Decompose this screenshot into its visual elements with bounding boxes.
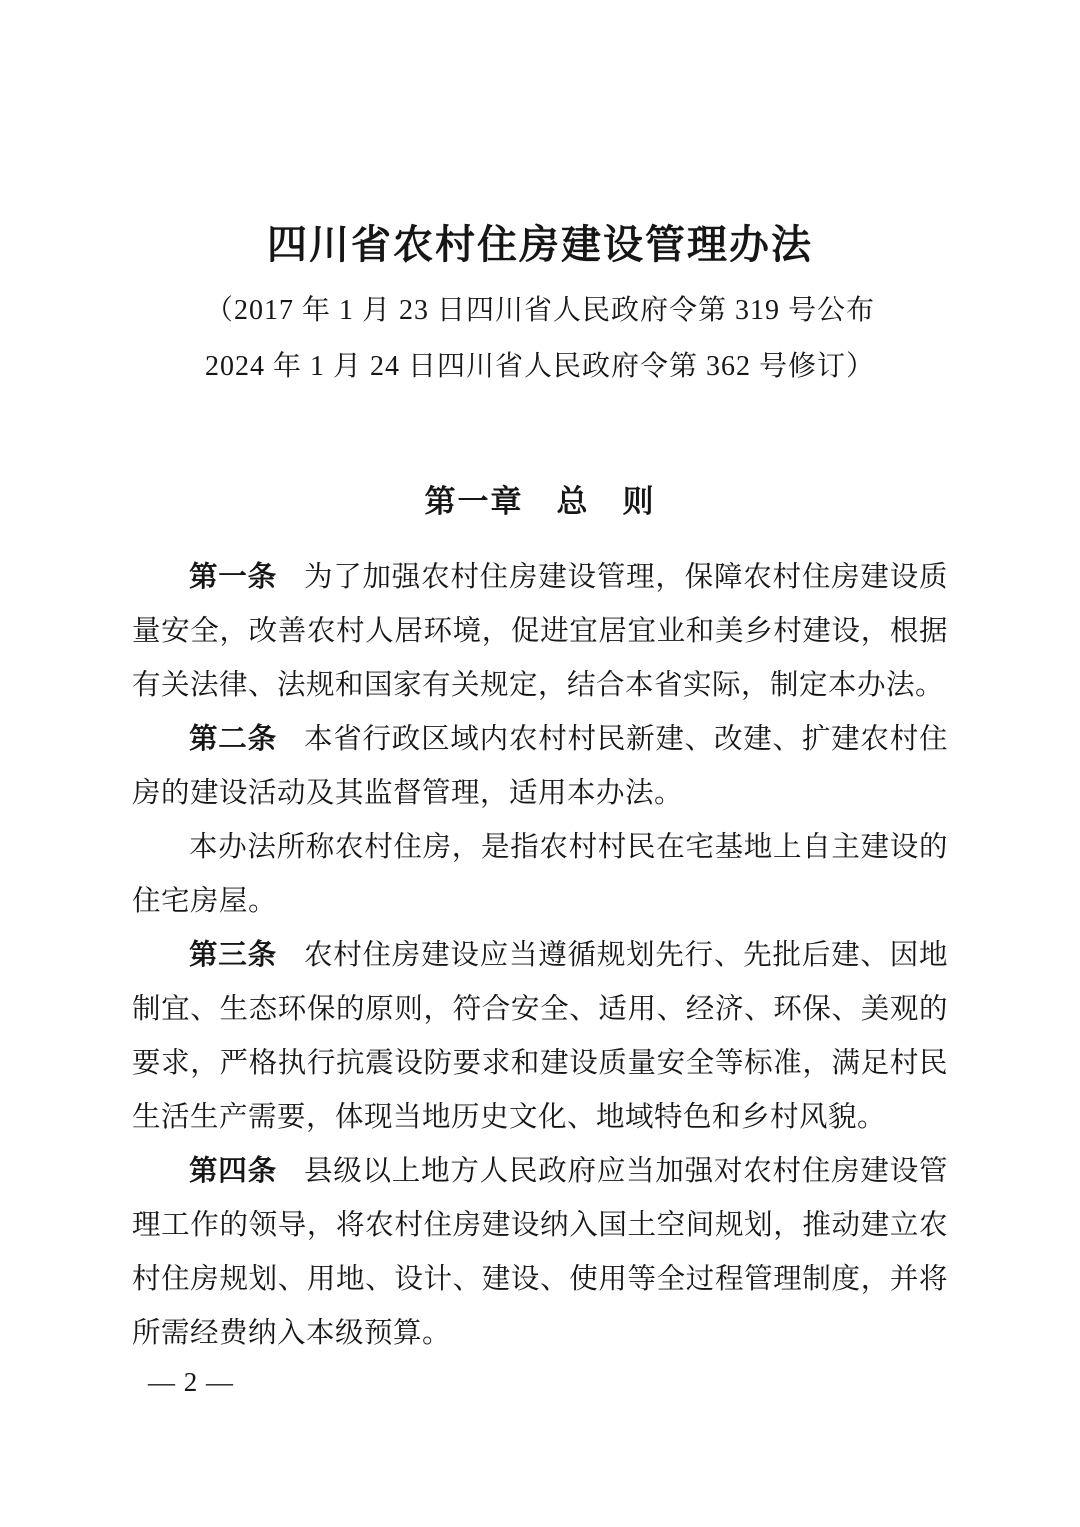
article-2-label: 第二条 [189,724,277,755]
publication-note-line-1: （2017 年 1 月 23 日四川省人民政府令第 319 号公布 [132,288,948,333]
document-body: 第一条为了加强农村住房建设管理，保障农村住房建设质量安全，改善农村人居环境，促进… [132,551,948,1361]
article-2-continuation-paragraph: 本办法所称农村住房，是指农村村民在宅基地上自主建设的住宅房屋。 [132,821,948,929]
document-page: 四川省农村住房建设管理办法 （2017 年 1 月 23 日四川省人民政府令第 … [0,0,1080,1527]
article-1-label: 第一条 [189,562,277,593]
article-4-paragraph: 第四条县级以上地方人民政府应当加强对农村住房建设管理工作的领导，将农村住房建设纳… [132,1145,948,1361]
article-2-continuation-text: 本办法所称农村住房，是指农村村民在宅基地上自主建设的住宅房屋。 [132,832,948,917]
article-3-paragraph: 第三条农村住房建设应当遵循规划先行、先批后建、因地制宜、生态环保的原则，符合安全… [132,929,948,1145]
page-number: — 2 — [148,1367,948,1397]
article-4-label: 第四条 [189,1156,277,1187]
publication-note-line-2: 2024 年 1 月 24 日四川省人民政府令第 362 号修订） [132,344,948,389]
article-1-paragraph: 第一条为了加强农村住房建设管理，保障农村住房建设质量安全，改善农村人居环境，促进… [132,551,948,713]
article-3-label: 第三条 [189,940,277,971]
document-title: 四川省农村住房建设管理办法 [132,0,948,268]
article-2-paragraph: 第二条本省行政区域内农村村民新建、改建、扩建农村住房的建设活动及其监督管理，适用… [132,713,948,821]
chapter-heading: 第一章 总 则 [132,479,948,525]
